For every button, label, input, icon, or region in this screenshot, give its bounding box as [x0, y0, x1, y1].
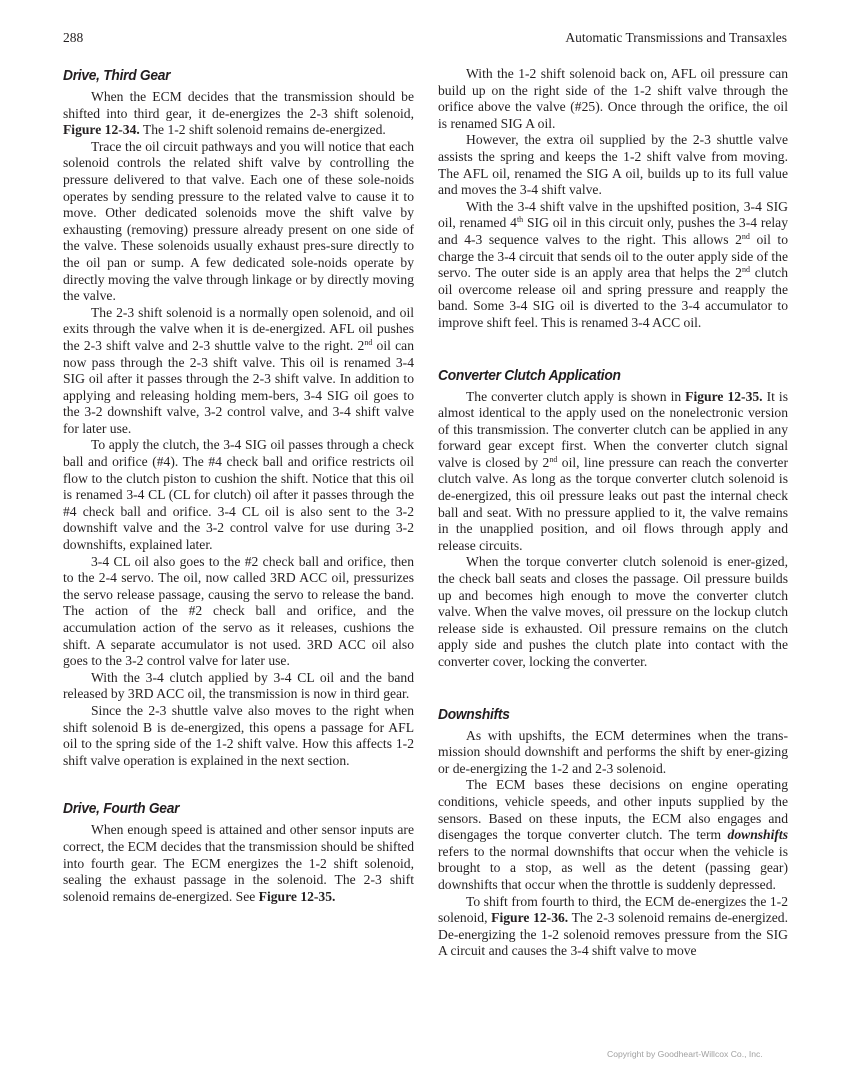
paragraph: The 2-3 shift solenoid is a normally ope…: [63, 305, 414, 438]
paragraph: However, the extra oil supplied by the 2…: [438, 132, 788, 198]
figure-reference: Figure 12-35.: [259, 889, 336, 904]
paragraph: The converter clutch apply is shown in F…: [438, 389, 788, 555]
section-fourth-gear-continued: With the 1-2 shift solenoid back on, AFL…: [438, 66, 788, 332]
paragraph: The ECM bases these decisions on engine …: [438, 777, 788, 893]
page-number: 288: [63, 30, 83, 48]
section-converter-clutch-application: Converter Clutch Application The convert…: [438, 366, 788, 671]
section-drive-third-gear: Drive, Third Gear When the ECM decides t…: [63, 66, 414, 769]
figure-reference: Figure 12-35.: [685, 389, 762, 404]
paragraph: With the 3-4 clutch applied by 3-4 CL oi…: [63, 670, 414, 703]
paragraph: When enough speed is attained and other …: [63, 822, 414, 905]
paragraph: As with upshifts, the ECM determines whe…: [438, 728, 788, 778]
section-heading: Drive, Third Gear: [63, 66, 386, 86]
key-term: downshifts: [728, 827, 788, 842]
section-spacer: [438, 332, 788, 366]
copyright-notice: Copyright by Goodheart-Willcox Co., Inc.: [607, 1049, 763, 1059]
section-spacer: [63, 769, 414, 799]
section-heading: Drive, Fourth Gear: [63, 799, 386, 819]
paragraph: To apply the clutch, the 3-4 SIG oil pas…: [63, 437, 414, 553]
section-heading: Downshifts: [438, 705, 760, 725]
paragraph: 3-4 CL oil also goes to the #2 check bal…: [63, 554, 414, 670]
right-column: With the 1-2 shift solenoid back on, AFL…: [438, 66, 788, 960]
paragraph: Trace the oil circuit pathways and you w…: [63, 139, 414, 305]
paragraph: With the 3-4 shift valve in the upshifte…: [438, 199, 788, 332]
section-heading: Converter Clutch Application: [438, 366, 760, 386]
figure-reference: Figure 12-34.: [63, 122, 140, 137]
left-column: Drive, Third Gear When the ECM decides t…: [63, 66, 414, 905]
section-drive-fourth-gear: Drive, Fourth Gear When enough speed is …: [63, 799, 414, 905]
figure-reference: Figure 12-36.: [491, 910, 568, 925]
section-spacer: [438, 671, 788, 705]
paragraph: When the ECM decides that the transmissi…: [63, 89, 414, 139]
paragraph: To shift from fourth to third, the ECM d…: [438, 894, 788, 960]
running-head: 288 Automatic Transmissions and Transaxl…: [63, 30, 787, 48]
paragraph: When the torque converter clutch solenoi…: [438, 554, 788, 670]
paragraph: Since the 2-3 shuttle valve also moves t…: [63, 703, 414, 769]
running-title: Automatic Transmissions and Transaxles: [565, 30, 787, 48]
section-downshifts: Downshifts As with upshifts, the ECM det…: [438, 705, 788, 960]
paragraph: With the 1-2 shift solenoid back on, AFL…: [438, 66, 788, 132]
